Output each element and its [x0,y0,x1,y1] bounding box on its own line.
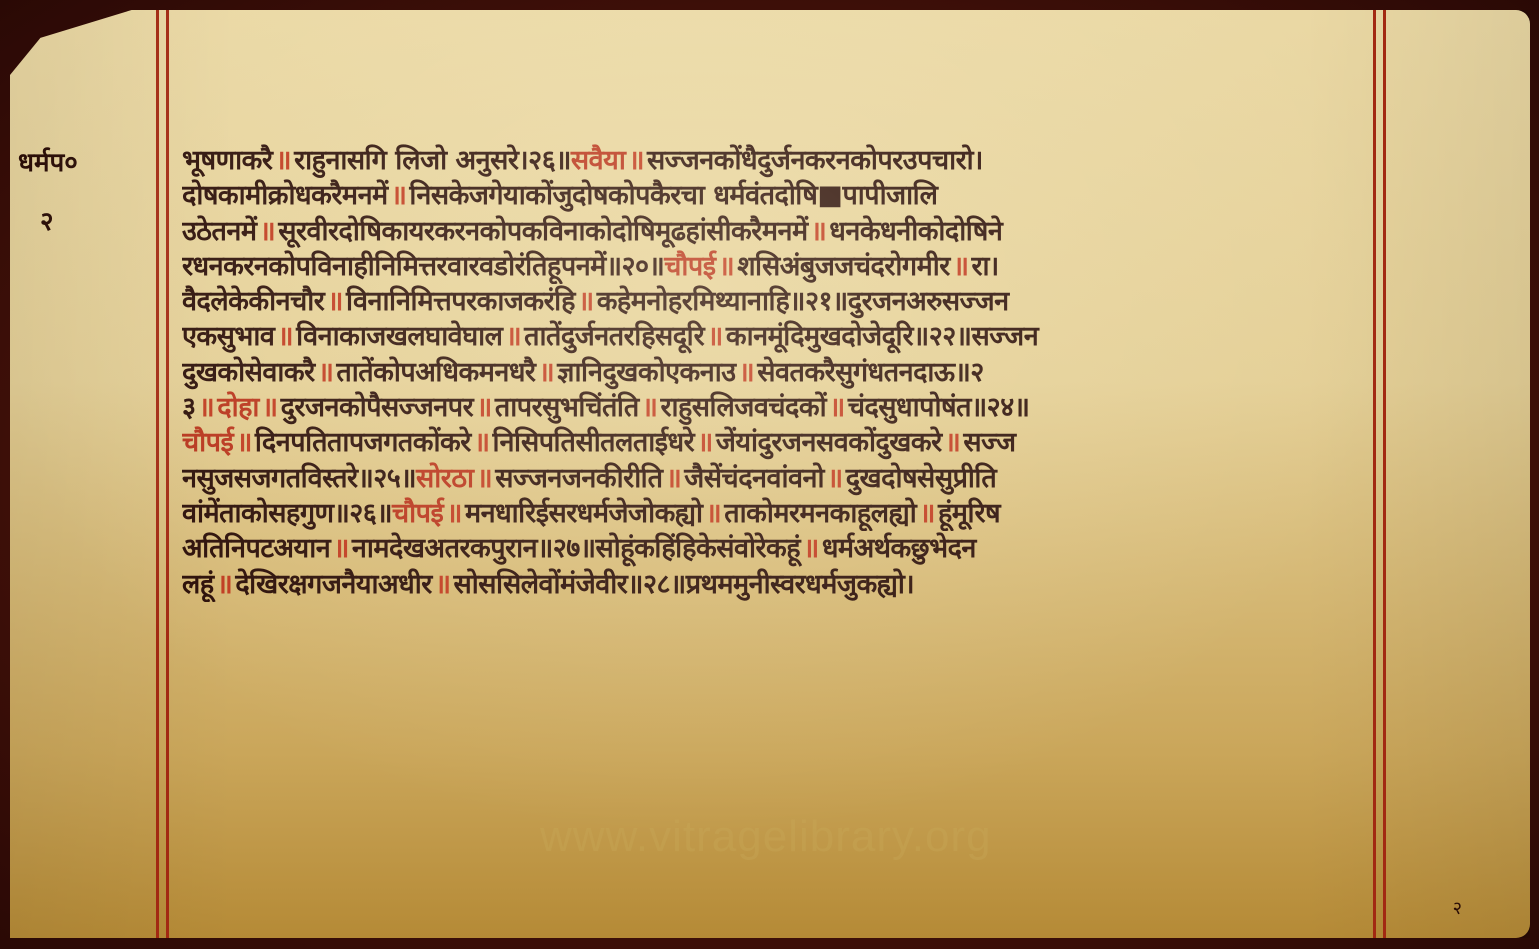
text-segment: दिनपतितापजगतकोंकरे [255,425,471,460]
manuscript-line: वैदलेकेकीनचौर॥विनानिमित्तपरकाजकरंहि॥कहेम… [182,284,1370,319]
danda-mark: ॥ [262,390,278,425]
danda-mark: ॥ [236,425,252,460]
text-segment: जैसेंचंदनवांवनो [684,461,824,496]
text-segment: धर्मअर्थकछुभेदन [822,531,976,566]
text-segment: धनकेधनीकोदोषिने [829,214,1002,249]
left-margin-rule-inner [166,10,169,938]
text-segment: ॥२८॥ [627,567,685,602]
text-segment: सज्जन [971,319,1038,354]
text-segment: ॥२५॥ [358,461,416,496]
manuscript-line: रधनकरनकोपविनाहीनिमित्तरवारवडोरंतिहूपनमें… [182,249,1370,284]
manuscript-line: ३॥दोहा॥दुरजनकोपैसज्जनपर॥तापरसुभचिंतंति॥र… [182,390,1370,425]
manuscript-line: चौपई॥दिनपतितापजगतकोंकरे॥निसिपतिसीतलताईधर… [182,425,1370,460]
text-segment: नसुजसजगतविस्तरे [182,461,358,496]
text-segment: सेवतकरैसुगंधतनदाऊ [757,355,954,390]
danda-mark: ॥ [538,355,554,390]
text-segment: राहुसलिजवचंदकों [660,390,826,425]
text-segment: ॥२ [955,355,984,390]
text-segment: वैदलेकेकीनचौर [182,284,324,319]
danda-mark: ॥ [318,355,334,390]
manuscript-page: धर्मप० २ भूषणाकरै॥राहुनासगि लिजो अनुसरे।… [10,10,1530,938]
text-segment: तापरसुभचिंतंति [495,390,639,425]
danda-mark: ॥ [333,531,349,566]
text-segment: निसकेजगेयाकोंजुदोषकोपकैरचा धर्मवंतदोषि [409,178,817,213]
rubric-heading: सोरठा [416,461,473,496]
text-segment: दुरजनकोपैसज्जनपर [281,390,474,425]
danda-mark: ॥ [739,355,755,390]
manuscript-line: नसुजसजगतविस्तरे॥२५॥सोरठा॥सज्जनजनकीरीति॥ज… [182,461,1370,496]
text-segment: ज्ञानिदुखकोएकनाउ [557,355,735,390]
danda-mark: ॥ [707,319,723,354]
danda-mark: ॥ [505,319,521,354]
danda-mark: ॥ [919,496,935,531]
text-segment: दुखदोषसेसुप्रीति [846,461,997,496]
text-segment: शसिअंबुजजचंदरोगमीर [737,249,950,284]
text-segment: दोषकामीक्रोधकरैमनमें [182,178,388,213]
danda-mark: ॥ [474,425,490,460]
manuscript-line: भूषणाकरै॥राहुनासगि लिजो अनुसरे।२६॥सवैया॥… [182,143,1370,178]
text-segment: रा। [972,249,999,284]
text-segment: अतिनिपटअयान [182,531,330,566]
rubric-heading: चौपई [392,496,443,531]
margin-folio-number: २ [40,202,54,238]
text-segment: सोससिलेवोंमंजेवीर [454,567,628,602]
text-segment: ॥२६॥ [334,496,392,531]
text-segment: ॥२१॥ [789,284,847,319]
text-segment: विनानिमित्तपरकाजकरंहि [346,284,575,319]
text-segment: दुखकोसेवाकरै [182,355,315,390]
danda-mark: ॥ [642,390,658,425]
text-segment: सूरवीरदोषिकायरकरनकोपकविनाकोदोषिमूढहांसीक… [278,214,807,249]
text-segment: तातेंदुर्जनतरहिसदूरि [524,319,704,354]
text-segment: एकसुभाव [182,319,274,354]
manuscript-line: लहूं॥देखिरक्षगजनैयाअधीर॥सोससिलेवोंमंजेवी… [182,567,1370,602]
text-segment: ॥२४॥ [971,390,1029,425]
text-segment: कहेमनोहरमिथ्यानाहि [597,284,790,319]
danda-mark: ॥ [719,249,735,284]
danda-mark: ॥ [578,284,594,319]
danda-mark: ॥ [260,214,276,249]
right-margin-rule-outer [1383,10,1386,938]
text-segment: पापीजालि [842,178,937,213]
watermark: www.vitragelibrary.org [540,812,992,862]
danda-mark: ॥ [827,461,843,496]
right-margin-rule-inner [1373,10,1376,938]
text-segment: सज्ज [963,425,1015,460]
text-segment: ॥२७॥ [537,531,595,566]
text-segment: विनाकाजखलघावेघाल [296,319,502,354]
danda-mark: ॥ [945,425,961,460]
danda-mark: ॥ [706,496,722,531]
danda-mark: ॥ [803,531,819,566]
text-segment: उठेतनमें [182,214,257,249]
text-segment: भूषणाकरै [182,143,272,178]
text-segment: निसिपतिसीतलताईधरे [493,425,695,460]
text-segment: जेंयांदुरजनसवकोंदुखकरे [716,425,942,460]
margin-title: धर्मप० [18,150,78,176]
danda-mark: ॥ [697,425,713,460]
text-segment: ।२६॥ [518,143,571,178]
danda-mark: ॥ [217,567,233,602]
text-segment: वांमेंताकोसहगुण [182,496,334,531]
text-segment: राहुनासगि लिजो अनुसरे [294,143,518,178]
danda-mark: ॥ [435,567,451,602]
manuscript-line: उठेतनमें॥सूरवीरदोषिकायरकरनकोपकविनाकोदोषि… [182,214,1370,249]
manuscript-line: दुखकोसेवाकरै॥तातेंकोपअधिकमनधरै॥ज्ञानिदुख… [182,355,1370,390]
left-margin-rule-outer [156,10,159,938]
text-segment: ■ [817,178,842,213]
manuscript-line: वांमेंताकोसहगुण॥२६॥चौपई॥मनधारिईसरधर्मजेज… [182,496,1370,531]
danda-mark: ॥ [391,178,407,213]
danda-mark: ॥ [275,143,291,178]
rubric-heading: दोहा [217,390,259,425]
danda-mark: ॥ [199,390,215,425]
text-segment: नामदेखअतरकपुरान [352,531,537,566]
text-segment: ३ [182,390,196,425]
danda-mark: ॥ [476,390,492,425]
text-segment: लहूं [182,567,214,602]
danda-mark: ॥ [628,143,644,178]
text-segment: तातेंकोपअधिकमनधरै [336,355,535,390]
text-segment: हूंमूरिष [938,496,1000,531]
text-segment: चंदसुधापोषंत [848,390,971,425]
text-segment: रधनकरनकोपविनाहीनिमित्तरवारवडोरंतिहूपनमें [182,249,606,284]
text-segment: प्रथममुनीस्वरधर्मजुकह्यो। [686,567,914,602]
rubric-heading: चौपई [182,425,233,460]
text-segment: मनधारिईसरधर्मजेजोकह्यो [465,496,703,531]
danda-mark: ॥ [666,461,682,496]
danda-mark: ॥ [277,319,293,354]
text-segment: ॥२०॥ [606,249,664,284]
rubric-heading: सवैया [571,143,625,178]
text-segment: सज्जनकोंधैदुर्जनकरनकोपरउपचारो। [647,143,983,178]
text-segment: ताकोमरमनकाहूलह्यो [724,496,916,531]
text-segment: कानमूंदिमुखदोजेदूरि [726,319,913,354]
text-segment: ॥२२॥ [913,319,971,354]
bottom-folio-number: २ [1453,896,1462,920]
text-segment: सोहूंकहिंहिकेसंवोरेकहूं [596,531,801,566]
danda-mark: ॥ [811,214,827,249]
danda-mark: ॥ [446,496,462,531]
danda-mark: ॥ [953,249,969,284]
manuscript-line: दोषकामीक्रोधकरैमनमें॥निसकेजगेयाकोंजुदोषक… [182,178,1370,213]
text-segment: दुरजनअरुसज्जन [848,284,1009,319]
manuscript-line: अतिनिपटअयान॥नामदेखअतरकपुरान॥२७॥सोहूंकहिं… [182,531,1370,566]
text-segment: देखिरक्षगजनैयाअधीर [235,567,431,602]
manuscript-text-block: भूषणाकरै॥राहुनासगि लिजो अनुसरे।२६॥सवैया॥… [182,143,1370,602]
danda-mark: ॥ [327,284,343,319]
rubric-heading: चौपई [664,249,715,284]
manuscript-line: एकसुभाव॥विनाकाजखलघावेघाल॥तातेंदुर्जनतरहि… [182,319,1370,354]
text-segment: सज्जनजनकीरीति [495,461,662,496]
danda-mark: ॥ [477,461,493,496]
danda-mark: ॥ [829,390,845,425]
